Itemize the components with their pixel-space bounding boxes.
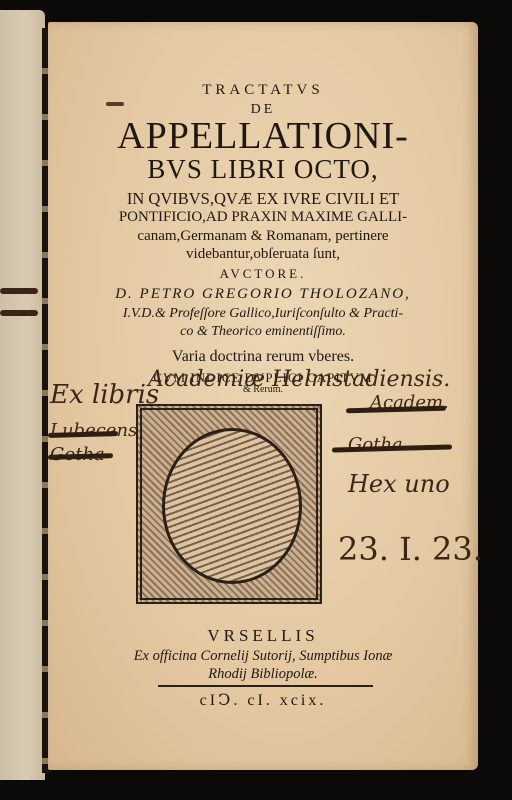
title-line-4: BVS LIBRI OCTO,	[48, 154, 478, 185]
author-title-1: I.V.D.& Profeſſore Gallico,Iuriſconſulto…	[48, 306, 478, 322]
tagline: Varia doctrina rerum vberes.	[48, 348, 478, 366]
subtitle-line-2: PONTIFICIO,AD PRAXIN MAXIME GALLI-	[48, 209, 478, 226]
subtitle-line-4: videbantur,obſeruata ſunt,	[48, 246, 478, 263]
imprint-line-1: Ex officina Cornelij Sutorij, Sumptibus …	[48, 648, 478, 665]
subtitle-line-1: IN QVIBVS,QVÆ EX IVRE CIVILI ET	[48, 189, 478, 209]
auctore-label: AVCTORE.	[48, 266, 478, 282]
woodcut-oval-scene	[162, 428, 302, 584]
imprint-place: VRSELLIS	[48, 626, 478, 646]
handwriting-academia: Academiæ Helmstadiensis.	[148, 367, 450, 392]
title-line-1: TRACTATVS	[48, 82, 478, 99]
ink-strike-mark	[0, 288, 38, 294]
imprint-line-2: Rhodij Bibliopolæ.	[48, 666, 478, 683]
handwriting-shelfmark: 23. I. 23.	[338, 530, 483, 568]
ink-strike-mark	[0, 310, 38, 316]
title-page: TRACTATVS DE APPELLATIONI- BVS LIBRI OCT…	[48, 22, 478, 770]
author-title-2: co & Theorico eminentiſſimo.	[48, 324, 478, 340]
book-cover-left	[0, 10, 45, 780]
imprint-date: cIↃ. cI. xcix.	[48, 690, 478, 710]
subtitle-line-3: canam,Germanam & Romanam, pertinere	[48, 228, 478, 245]
woodcut-printers-device	[136, 404, 322, 604]
horizontal-rule	[158, 685, 373, 687]
author-name: D. PETRO GREGORIO THOLOZANO,	[48, 286, 478, 303]
title-main: APPELLATIONI-	[48, 114, 478, 158]
handwriting-note: Hex uno	[348, 470, 450, 498]
